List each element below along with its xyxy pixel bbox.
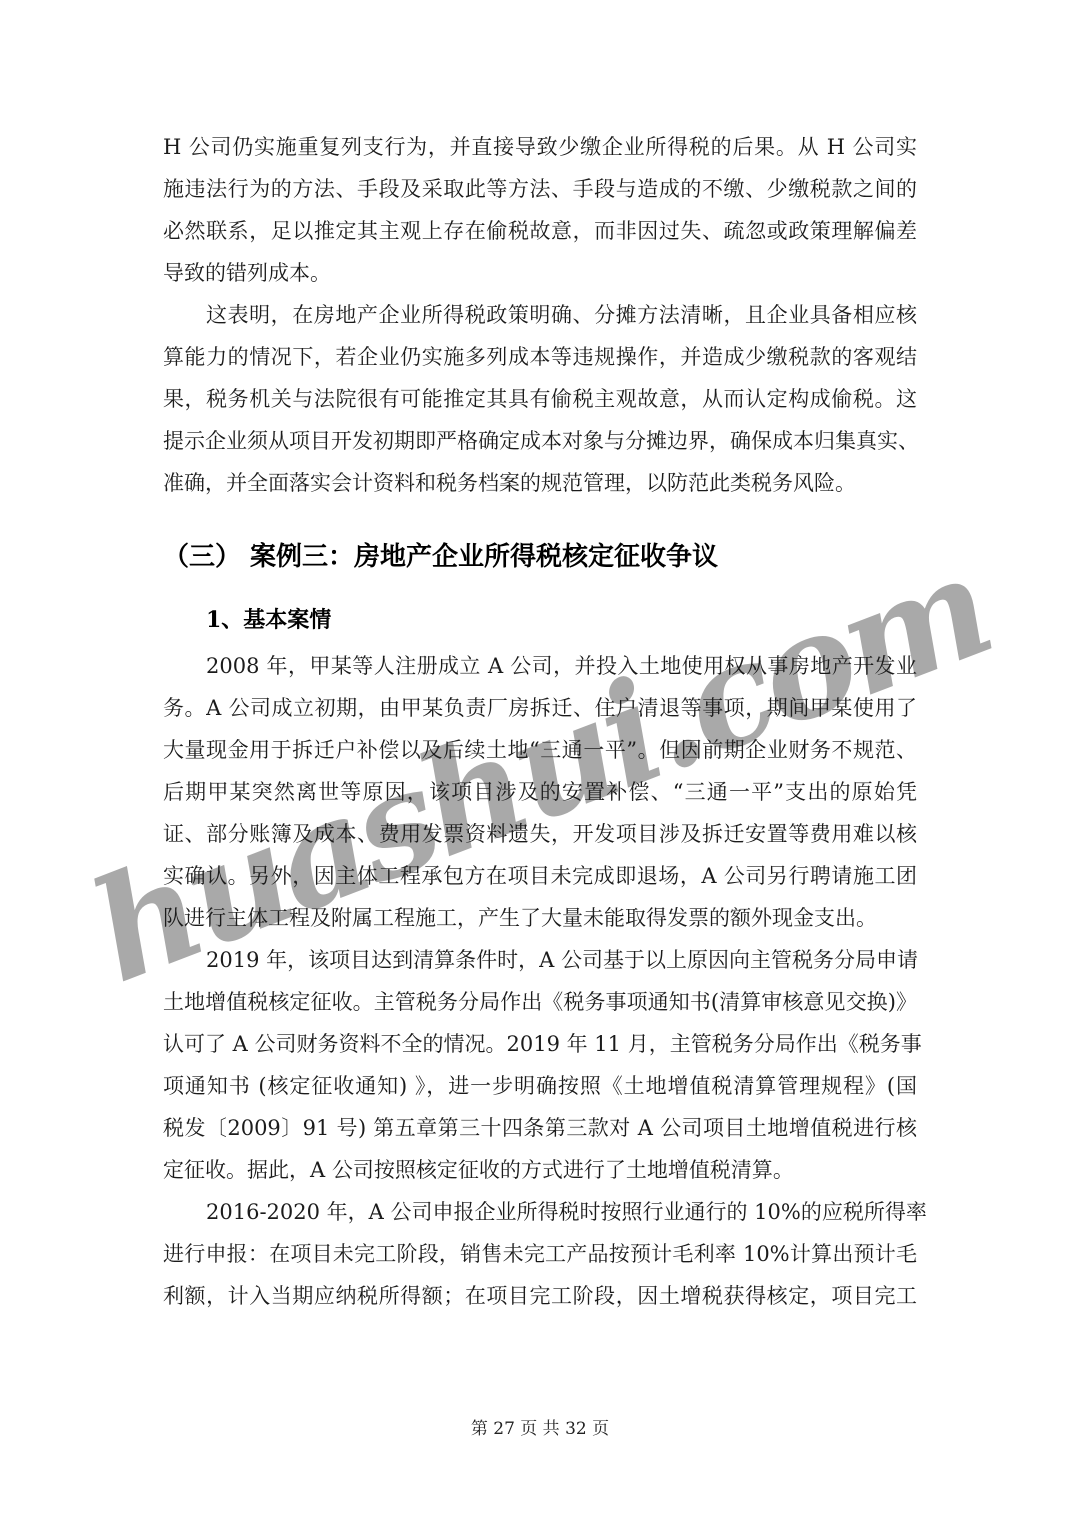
paragraph: 2016-2020 年，A 公司申报企业所得税时按照行业通行的 10%的应税所得… bbox=[163, 1191, 917, 1317]
text-line: 项通知书 (核定征收通知) 》，进一步明确按照《土地增值税清算管理规程》(国 bbox=[163, 1065, 917, 1107]
text-line: 税发〔2009〕91 号) 第五章第三十四条第三款对 A 公司项目土地增值税进行… bbox=[163, 1107, 917, 1149]
paragraph: H 公司仍实施重复列支行为，并直接导致少缴企业所得税的后果。从 H 公司实施违法… bbox=[163, 126, 917, 294]
text-line: 进行申报：在项目未完工阶段，销售未完工产品按预计毛利率 10%计算出预计毛 bbox=[163, 1233, 917, 1275]
text-line: 导致的错列成本。 bbox=[163, 252, 917, 294]
intro-paragraphs: H 公司仍实施重复列支行为，并直接导致少缴企业所得税的后果。从 H 公司实施违法… bbox=[163, 126, 917, 504]
paragraph: 这表明，在房地产企业所得税政策明确、分摊方法清晰，且企业具备相应核算能力的情况下… bbox=[163, 294, 917, 504]
text-line: 后期甲某突然离世等原因，该项目涉及的安置补偿、“三通一平”支出的原始凭 bbox=[163, 771, 917, 813]
text-line: 这表明，在房地产企业所得税政策明确、分摊方法清晰，且企业具备相应核 bbox=[163, 294, 917, 336]
page-footer: 第 27 页 共 32 页 bbox=[0, 1414, 1080, 1439]
paragraph: 2008 年，甲某等人注册成立 A 公司，并投入土地使用权从事房地产开发业务。A… bbox=[163, 645, 917, 939]
section-heading: （三） 案例三：房地产企业所得税核定征收争议 bbox=[163, 535, 917, 579]
text-line: 施违法行为的方法、手段及采取此等方法、手段与造成的不缴、少缴税款之间的 bbox=[163, 168, 917, 210]
text-line: 土地增值税核定征收。主管税务分局作出《税务事项通知书(清算审核意见交换)》 bbox=[163, 981, 917, 1023]
text-line: 2019 年，该项目达到清算条件时，A 公司基于以上原因向主管税务分局申请 bbox=[163, 939, 917, 981]
text-line: 2016-2020 年，A 公司申报企业所得税时按照行业通行的 10%的应税所得… bbox=[163, 1191, 917, 1233]
document-content: H 公司仍实施重复列支行为，并直接导致少缴企业所得税的后果。从 H 公司实施违法… bbox=[163, 126, 917, 1317]
text-line: 果，税务机关与法院很有可能推定其具有偷税主观故意，从而认定构成偷税。这 bbox=[163, 378, 917, 420]
paragraph: 2019 年，该项目达到清算条件时，A 公司基于以上原因向主管税务分局申请土地增… bbox=[163, 939, 917, 1191]
text-line: 必然联系，足以推定其主观上存在偷税故意，而非因过失、疏忽或政策理解偏差 bbox=[163, 210, 917, 252]
text-line: 2008 年，甲某等人注册成立 A 公司，并投入土地使用权从事房地产开发业 bbox=[163, 645, 917, 687]
text-line: 定征收。据此，A 公司按照核定征收的方式进行了土地增值税清算。 bbox=[163, 1149, 917, 1191]
text-line: 务。A 公司成立初期，由甲某负责厂房拆迁、住户清退等事项，期间甲某使用了 bbox=[163, 687, 917, 729]
text-line: 准确，并全面落实会计资料和税务档案的规范管理，以防范此类税务风险。 bbox=[163, 462, 917, 504]
section-paragraphs: 2008 年，甲某等人注册成立 A 公司，并投入土地使用权从事房地产开发业务。A… bbox=[163, 645, 917, 1317]
text-line: 提示企业须从项目开发初期即严格确定成本对象与分摊边界，确保成本归集真实、 bbox=[163, 420, 917, 462]
text-line: 队进行主体工程及附属工程施工，产生了大量未能取得发票的额外现金支出。 bbox=[163, 897, 917, 939]
text-line: 证、部分账簿及成本、费用发票资料遗失，开发项目涉及拆迁安置等费用难以核 bbox=[163, 813, 917, 855]
text-line: 实确认。另外，因主体工程承包方在项目未完成即退场，A 公司另行聘请施工团 bbox=[163, 855, 917, 897]
text-line: 利额，计入当期应纳税所得额；在项目完工阶段，因土增税获得核定，项目完工 bbox=[163, 1275, 917, 1317]
text-line: 认可了 A 公司财务资料不全的情况。2019 年 11 月，主管税务分局作出《税… bbox=[163, 1023, 917, 1065]
text-line: H 公司仍实施重复列支行为，并直接导致少缴企业所得税的后果。从 H 公司实 bbox=[163, 126, 917, 168]
text-line: 算能力的情况下，若企业仍实施多列成本等违规操作，并造成少缴税款的客观结 bbox=[163, 336, 917, 378]
subsection-heading: 1、基本案情 bbox=[163, 603, 917, 637]
text-line: 大量现金用于拆迁户补偿以及后续土地“三通一平”。但因前期企业财务不规范、 bbox=[163, 729, 917, 771]
